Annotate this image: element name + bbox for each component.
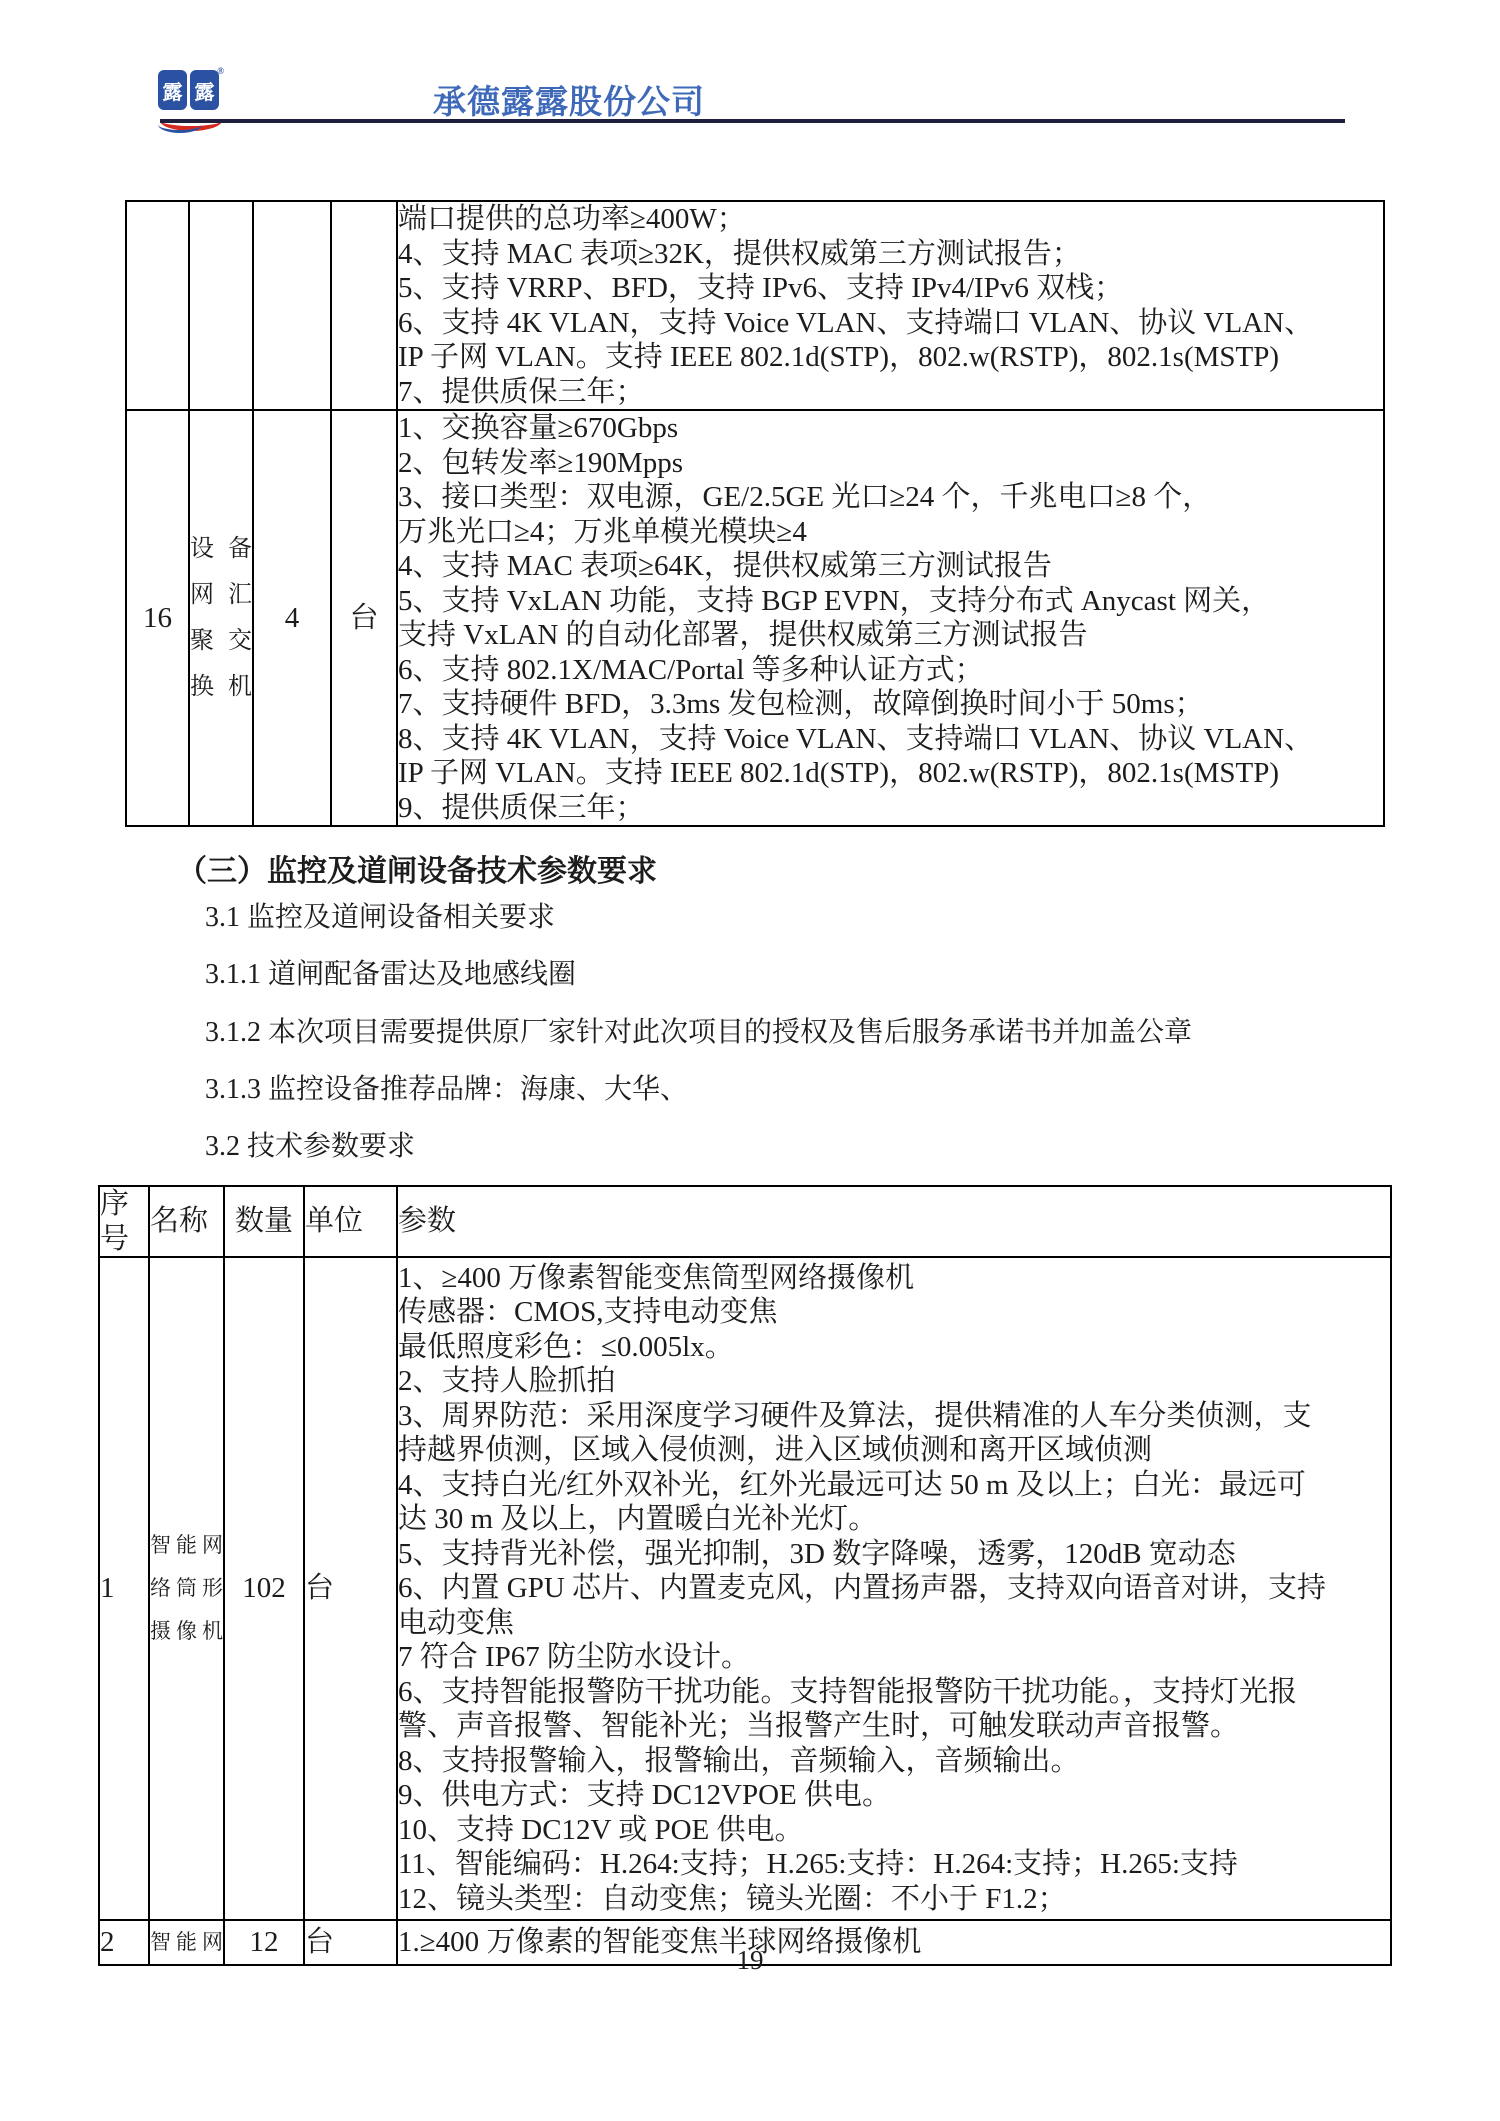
qty-cell: 4 — [253, 410, 331, 826]
param-line: 11、智能编码：H.264:支持；H.265:支持：H.264:支持；H.265… — [398, 1847, 1390, 1882]
name-cell: 智能网络筒形摄像机 — [149, 1257, 224, 1920]
param-line: 9、供电方式：支持 DC12VPOE 供电。 — [398, 1778, 1390, 1813]
logo-tiles: 露 露 ® — [158, 70, 228, 110]
param-line: 支持 VxLAN 的自动化部署，提供权威第三方测试报告 — [398, 618, 1383, 653]
param-cell: 1、≥400 万像素智能变焦筒型网络摄像机传感器：CMOS,支持电动变焦最低照度… — [397, 1257, 1391, 1920]
logo-char-left: 露 — [163, 76, 183, 105]
unit-cell — [331, 201, 397, 410]
param-line: 12、镜头类型：自动变焦；镜头光圈：不小于 F1.2； — [398, 1882, 1390, 1917]
param-line: 达 30 m 及以上，内置暖白光补光灯。 — [398, 1502, 1390, 1537]
param-line: 5、支持 VxLAN 功能，支持 BGP EVPN，支持分布式 Anycast … — [398, 584, 1383, 619]
paragraph-3-1: 3.1 监控及道闸设备相关要求 — [205, 895, 555, 935]
table-row-continuation: 端口提供的总功率≥400W；4、支持 MAC 表项≥32K，提供权威第三方测试报… — [126, 201, 1384, 410]
logo-char-right: 露 — [195, 76, 215, 105]
param-line: 2、支持人脸抓拍 — [398, 1364, 1390, 1399]
qty-cell: 102 — [224, 1257, 304, 1920]
param-line: IP 子网 VLAN。支持 IEEE 802.1d(STP)，802.w(RST… — [398, 340, 1383, 375]
param-cell: 端口提供的总功率≥400W；4、支持 MAC 表项≥32K，提供权威第三方测试报… — [397, 201, 1384, 410]
col-header-unit: 单位 — [304, 1186, 397, 1257]
col-header-qty: 数量 — [224, 1186, 304, 1257]
param-line: 最低照度彩色：≤0.005lx。 — [398, 1330, 1390, 1365]
param-line: 6、支持 4K VLAN，支持 Voice VLAN、支持端口 VLAN、协议 … — [398, 306, 1383, 341]
section-heading: （三）监控及道闸设备技术参数要求 — [177, 846, 657, 890]
param-line: 持越界侦测，区域入侵侦测，进入区域侦测和离开区域侦测 — [398, 1433, 1390, 1468]
param-line: 1、交换容量≥670Gbps — [398, 411, 1383, 446]
qty-cell — [253, 201, 331, 410]
name-cell — [189, 201, 253, 410]
header-rule — [160, 119, 1345, 123]
param-line: 8、支持报警输入，报警输出，音频输入，音频输出。 — [398, 1744, 1390, 1779]
param-line: 7、提供质保三年； — [398, 375, 1383, 410]
param-line: 传感器：CMOS,支持电动变焦 — [398, 1295, 1390, 1330]
seq-cell — [126, 201, 189, 410]
param-line: 端口提供的总功率≥400W； — [398, 202, 1383, 237]
param-line: 万兆光口≥4；万兆单模光模块≥4 — [398, 515, 1383, 550]
unit-cell: 台 — [304, 1257, 397, 1920]
param-line: 2、包转发率≥190Mpps — [398, 446, 1383, 481]
logo-tile-left: 露 — [158, 70, 187, 110]
document-page: 露 露 ® 承德露露股份公司 端口提供的总功率≥400W；4、支持 MAC 表项… — [0, 0, 1500, 2121]
seq-cell: 16 — [126, 410, 189, 826]
param-line: 7、支持硬件 BFD，3.3ms 发包检测，故障倒换时间小于 50ms； — [398, 687, 1383, 722]
company-logo: 露 露 ® — [158, 70, 228, 140]
param-line: 3、周界防范：采用深度学习硬件及算法，提供精准的人车分类侦测，支 — [398, 1399, 1390, 1434]
param-line: 6、支持 802.1X/MAC/Portal 等多种认证方式； — [398, 653, 1383, 688]
param-line: 4、支持白光/红外双补光，红外光最远可达 50 m 及以上；白光：最远可 — [398, 1468, 1390, 1503]
param-line: 1、≥400 万像素智能变焦筒型网络摄像机 — [398, 1261, 1390, 1296]
param-line: 电动变焦 — [398, 1606, 1390, 1641]
param-line: 4、支持 MAC 表项≥32K，提供权威第三方测试报告； — [398, 237, 1383, 272]
logo-tile-right: 露 ® — [190, 70, 219, 110]
param-line: 9、提供质保三年； — [398, 791, 1383, 826]
paragraph-3-1-3: 3.1.3 监控设备推荐品牌：海康、大华、 — [205, 1067, 688, 1107]
unit-cell: 台 — [331, 410, 397, 826]
company-title: 承德露露股份公司 — [433, 76, 705, 123]
col-header-seq: 序号 — [99, 1186, 149, 1257]
switch-spec-table: 端口提供的总功率≥400W；4、支持 MAC 表项≥32K，提供权威第三方测试报… — [125, 200, 1385, 827]
param-cell: 1、交换容量≥670Gbps2、包转发率≥190Mpps3、接口类型：双电源，G… — [397, 410, 1384, 826]
table-row-switch-16: 16 设备网汇聚交换机 4 台 1、交换容量≥670Gbps2、包转发率≥190… — [126, 410, 1384, 826]
param-line: 3、接口类型：双电源，GE/2.5GE 光口≥24 个，千兆电口≥8 个， — [398, 480, 1383, 515]
param-line: 6、内置 GPU 芯片、内置麦克风，内置扬声器，支持双向语音对讲，支持 — [398, 1571, 1390, 1606]
table-row-bullet-camera: 1 智能网络筒形摄像机 102 台 1、≥400 万像素智能变焦筒型网络摄像机传… — [99, 1257, 1391, 1920]
paragraph-3-1-1: 3.1.1 道闸配备雷达及地感线圈 — [205, 952, 576, 992]
camera-spec-table: 序号 名称 数量 单位 参数 1 智能网络筒形摄像机 102 台 1、≥400 … — [98, 1185, 1392, 1966]
page-number: 19 — [0, 1945, 1500, 1976]
col-header-param: 参数 — [397, 1186, 1391, 1257]
param-line: 5、支持 VRRP、BFD，支持 IPv6、支持 IPv4/IPv6 双栈； — [398, 271, 1383, 306]
param-line: IP 子网 VLAN。支持 IEEE 802.1d(STP)，802.w(RST… — [398, 756, 1383, 791]
paragraph-3-1-2: 3.1.2 本次项目需要提供原厂家针对此次项目的授权及售后服务承诺书并加盖公章 — [205, 1010, 1192, 1050]
param-line: 7 符合 IP67 防尘防水设计。 — [398, 1640, 1390, 1675]
seq-cell: 1 — [99, 1257, 149, 1920]
param-line: 6、支持智能报警防干扰功能。支持智能报警防干扰功能。，支持灯光报 — [398, 1675, 1390, 1710]
param-line: 10、支持 DC12V 或 POE 供电。 — [398, 1813, 1390, 1848]
registered-mark: ® — [217, 66, 224, 76]
paragraph-3-2: 3.2 技术参数要求 — [205, 1124, 415, 1164]
param-line: 8、支持 4K VLAN，支持 Voice VLAN、支持端口 VLAN、协议 … — [398, 722, 1383, 757]
param-line: 5、支持背光补偿，强光抑制，3D 数字降噪，透雾，120dB 宽动态 — [398, 1537, 1390, 1572]
name-cell: 设备网汇聚交换机 — [189, 410, 253, 826]
param-line: 警、声音报警、智能补光；当报警产生时，可触发联动声音报警。 — [398, 1709, 1390, 1744]
param-line: 4、支持 MAC 表项≥64K，提供权威第三方测试报告 — [398, 549, 1383, 584]
col-header-name: 名称 — [149, 1186, 224, 1257]
table-header-row: 序号 名称 数量 单位 参数 — [99, 1186, 1391, 1257]
